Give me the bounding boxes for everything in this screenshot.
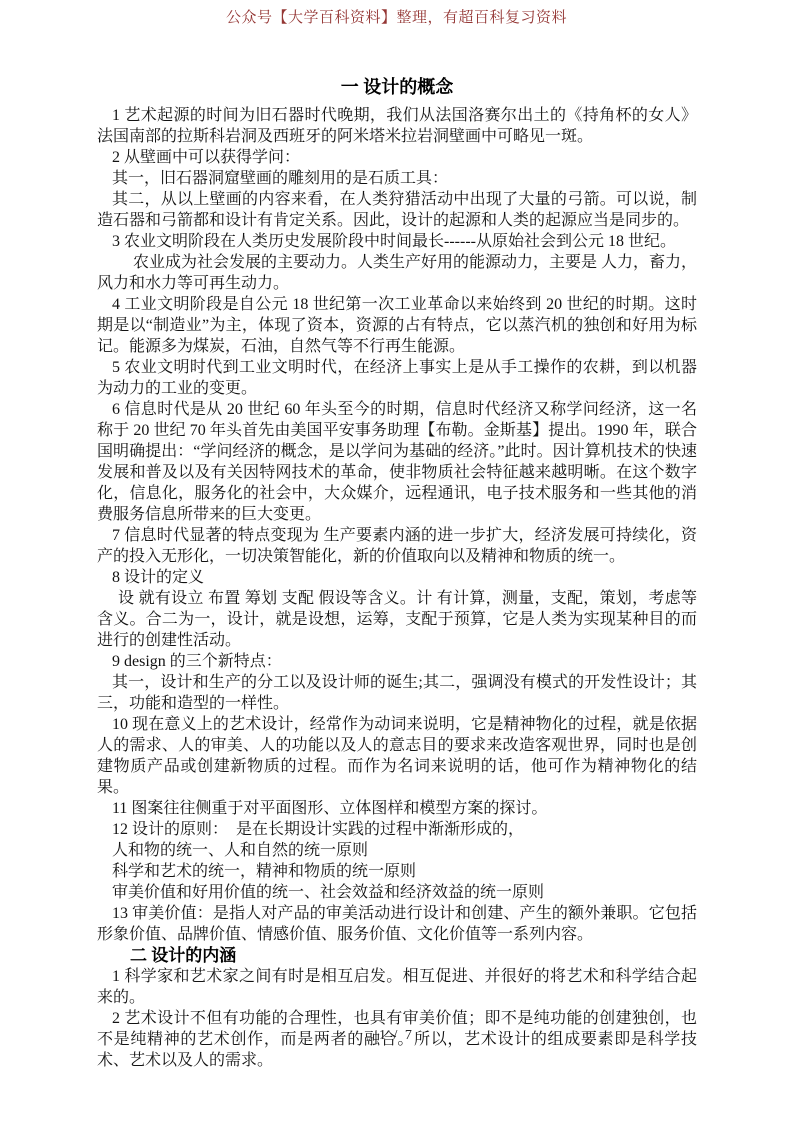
paragraph: 设 就有设立 布置 筹划 支配 假设等含义。计 有计算，测量，支配，策划，考虑等… [97, 588, 697, 651]
paragraph: 农业成为社会发展的主要动力。人类生产好用的能源动力，主要是 人力，畜力，风力和水… [97, 252, 697, 294]
paragraph: 1 科学家和艺术家之间有时是相互启发。相互促进、并很好的将艺术和科学结合起来的。 [97, 966, 697, 1008]
section-1-heading: 一 设计的概念 [97, 74, 697, 100]
paragraph: 审美价值和好用价值的统一、社会效益和经济效益的统一原则 [97, 882, 697, 903]
section-2-heading: 二 设计的内涵 [97, 945, 697, 966]
paragraph: 其一，设计和生产的分工以及设计师的诞生;其二，强调没有模式的开发性设计；其三，功… [97, 672, 697, 714]
paragraph: 2 从壁画中可以获得学问： [97, 147, 697, 168]
paragraph: 10 现在意义上的艺术设计，经常作为动词来说明，它是精神物化的过程，就是依据人的… [97, 714, 697, 798]
paragraph: 其二，从以上壁画的内容来看，在人类狩猎活动中出现了大量的弓箭。可以说，制造石器和… [97, 189, 697, 231]
paragraph: 6 信息时代是从 20 世纪 60 年头至今的时期，信息时代经济又称学问经济，这… [97, 399, 697, 525]
paragraph: 科学和艺术的统一，精神和物质的统一原则 [97, 861, 697, 882]
paragraph: 13 审美价值：是指人对产品的审美活动进行设计和创建、产生的额外兼职。它包括形象… [97, 903, 697, 945]
paragraph: 8 设计的定义 [97, 567, 697, 588]
paragraph: 其一，旧石器洞窟壁画的雕刻用的是石质工具： [97, 168, 697, 189]
paragraph: 人和物的统一、人和自然的统一原则 [97, 840, 697, 861]
paragraph: 3 农业文明阶段在人类历史发展阶段中时间最长------从原始社会到公元 18 … [97, 231, 697, 252]
page-number: 1 / 7 [0, 1028, 793, 1044]
paragraph: 5 农业文明时代到工业文明时代，在经济上事实上是从手工操作的农耕，到以机器为动力… [97, 357, 697, 399]
paragraph: 1 艺术起源的时间为旧石器时代晚期，我们从法国洛赛尔出土的《持角杯的女人》 法国… [97, 105, 697, 147]
paragraph: 4 工业文明阶段是自公元 18 世纪第一次工业革命以来始终到 20 世纪的时期。… [97, 294, 697, 357]
header-note: 公众号【大学百科资料】整理，有超百科复习资料 [0, 8, 793, 28]
paragraph: 9 design 的三个新特点： [97, 651, 697, 672]
paragraph: 11 图案往往侧重于对平面图形、立体图样和模型方案的探讨。 [97, 798, 697, 819]
paragraph: 7 信息时代显著的特点变现为 生产要素内涵的进一步扩大，经济发展可持续化，资产的… [97, 525, 697, 567]
paragraph: 12 设计的原则： 是在长期设计实践的过程中渐渐形成的， [97, 819, 697, 840]
document-body: 一 设计的概念 1 艺术起源的时间为旧石器时代晚期，我们从法国洛赛尔出土的《持角… [97, 74, 697, 1071]
document-page: 公众号【大学百科资料】整理，有超百科复习资料 一 设计的概念 1 艺术起源的时间… [0, 0, 793, 1122]
